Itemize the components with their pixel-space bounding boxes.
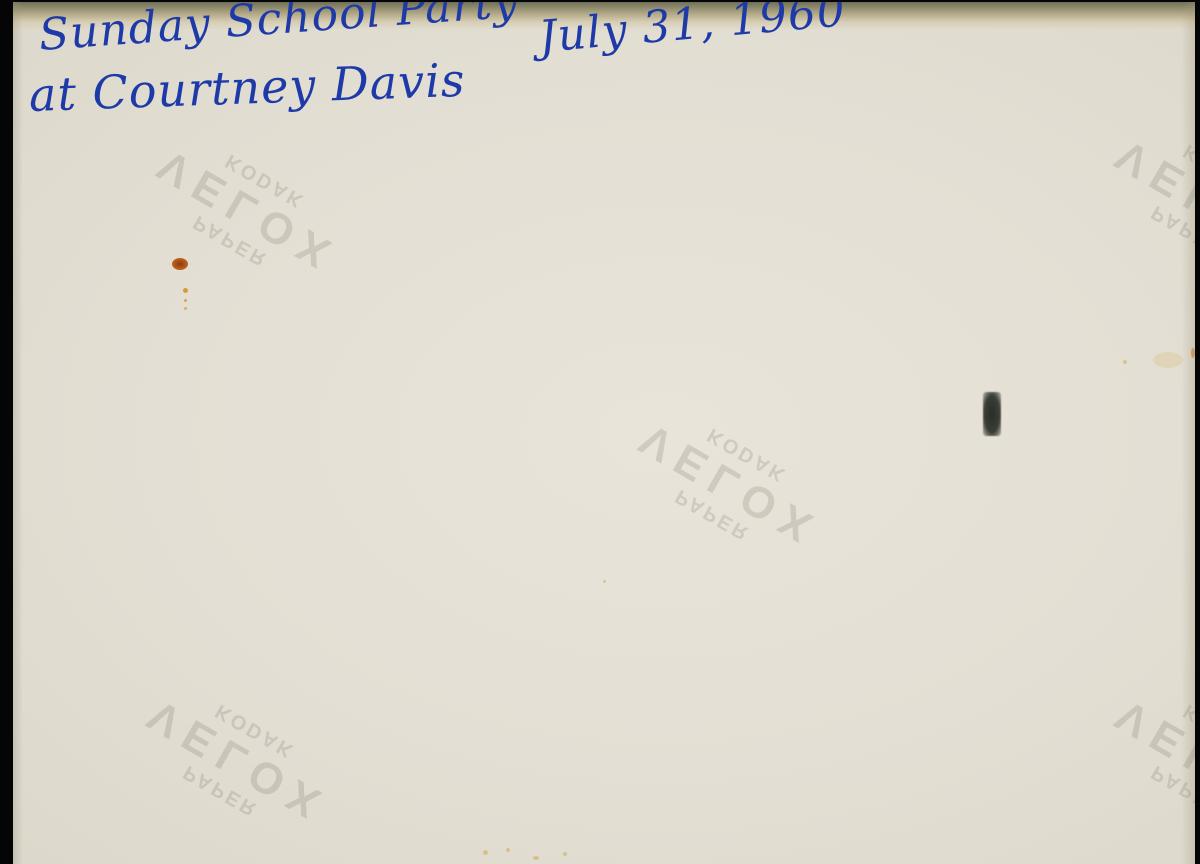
foxing-spot (506, 848, 510, 852)
foxing-spot (603, 580, 606, 583)
rust-stain (172, 258, 188, 270)
ink-smudge-mark (983, 392, 1001, 436)
foxing-spot (533, 856, 539, 860)
handwritten-title-line-1: Sunday School Party (37, 2, 520, 61)
handwritten-title-line-2: at Courtney Davis (28, 53, 466, 122)
foxing-patch (1153, 352, 1183, 368)
foxing-spot (563, 852, 567, 856)
rust-speck (184, 299, 187, 302)
foxing-spot (1123, 360, 1127, 364)
rust-speck (184, 307, 187, 310)
foxing-spot (483, 850, 488, 855)
handwritten-date: July 31, 1960 (537, 2, 848, 63)
kodak-velox-watermark-partial: PAPER VELOX KODAK (1093, 601, 1195, 853)
paper-surface: PAPER VELOX KODAK PAPER VELOX KODAK PAPE… (13, 2, 1195, 864)
scanned-photo-back: PAPER VELOX KODAK PAPER VELOX KODAK PAPE… (0, 0, 1200, 864)
left-edge-shading (13, 2, 23, 864)
edge-stain (1191, 348, 1195, 358)
kodak-velox-watermark-partial: PAPER VELOX KODAK (1093, 41, 1195, 293)
kodak-velox-watermark: PAPER VELOX KODAK (617, 325, 884, 577)
rust-speck (183, 288, 188, 293)
kodak-velox-watermark: PAPER VELOX KODAK (125, 601, 392, 853)
